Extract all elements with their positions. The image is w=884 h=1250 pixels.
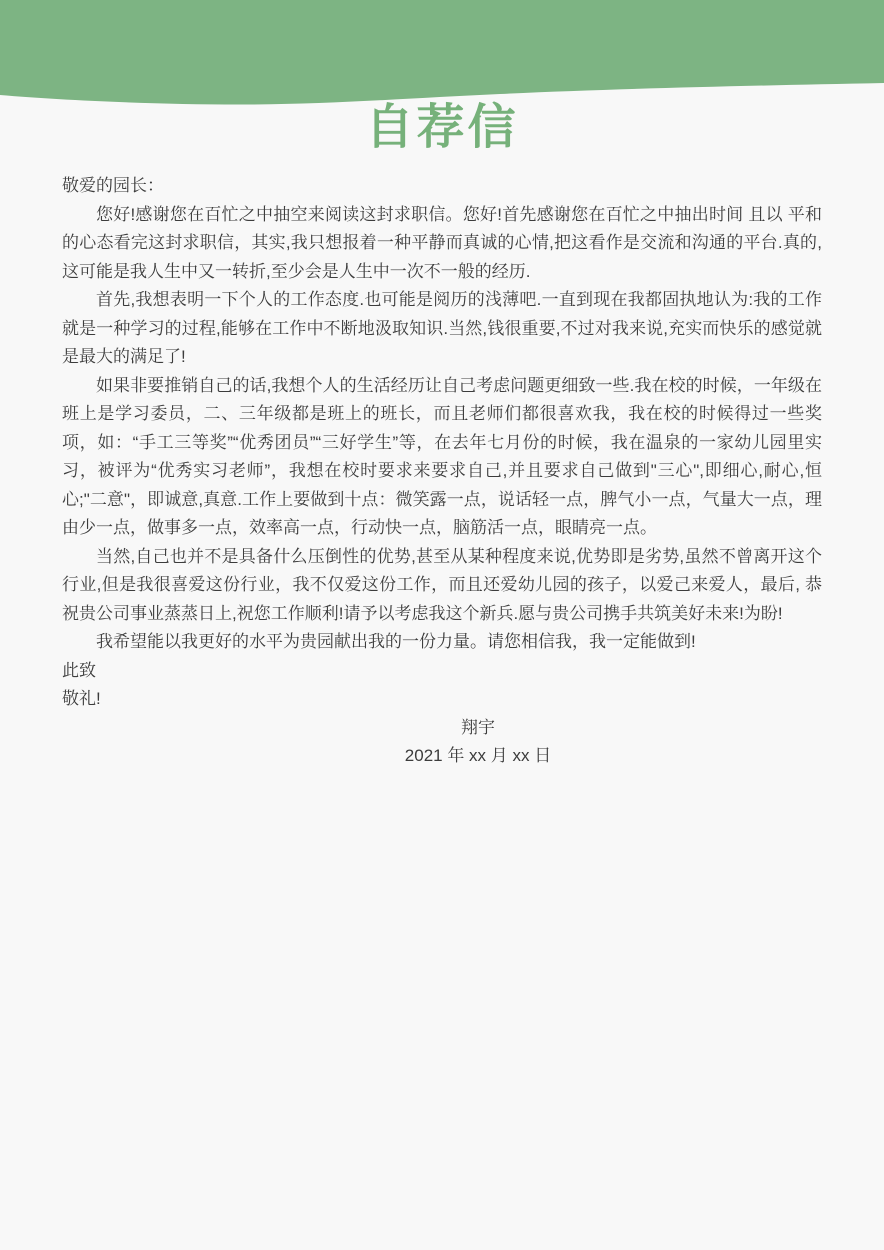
letter-body: 敬爱的园长： 您好!感谢您在百忙之中抽空来阅读这封求职信。您好!首先感谢您在百忙…	[62, 172, 822, 771]
paragraph-3: 如果非要推销自己的话,我想个人的生活经历让自己考虑问题更细致一些.我在校的时候，…	[62, 372, 822, 543]
signature-block: 翔宇 2021 年 xx 月 xx 日	[62, 714, 822, 771]
signature-date: 2021 年 xx 月 xx 日	[134, 742, 822, 771]
paragraph-2: 首先,我想表明一下个人的工作态度.也可能是阅历的浅薄吧.一直到现在我都固执地认为…	[62, 286, 822, 372]
closing-cizhi: 此致	[62, 657, 822, 686]
signature-name: 翔宇	[134, 714, 822, 743]
letter-page: 自荐信 敬爱的园长： 您好!感谢您在百忙之中抽空来阅读这封求职信。您好!首先感谢…	[0, 0, 884, 1250]
paragraph-1: 您好!感谢您在百忙之中抽空来阅读这封求职信。您好!首先感谢您在百忙之中抽出时间 …	[62, 201, 822, 287]
closing-jingli: 敬礼!	[62, 685, 822, 714]
paragraph-5: 我希望能以我更好的水平为贵园献出我的一份力量。请您相信我，我一定能做到!	[62, 628, 822, 657]
page-title: 自荐信	[0, 88, 884, 157]
salutation: 敬爱的园长：	[62, 172, 822, 201]
paragraph-4: 当然,自己也并不是具备什么压倒性的优势,甚至从某种程度来说,优势即是劣势,虽然不…	[62, 543, 822, 629]
